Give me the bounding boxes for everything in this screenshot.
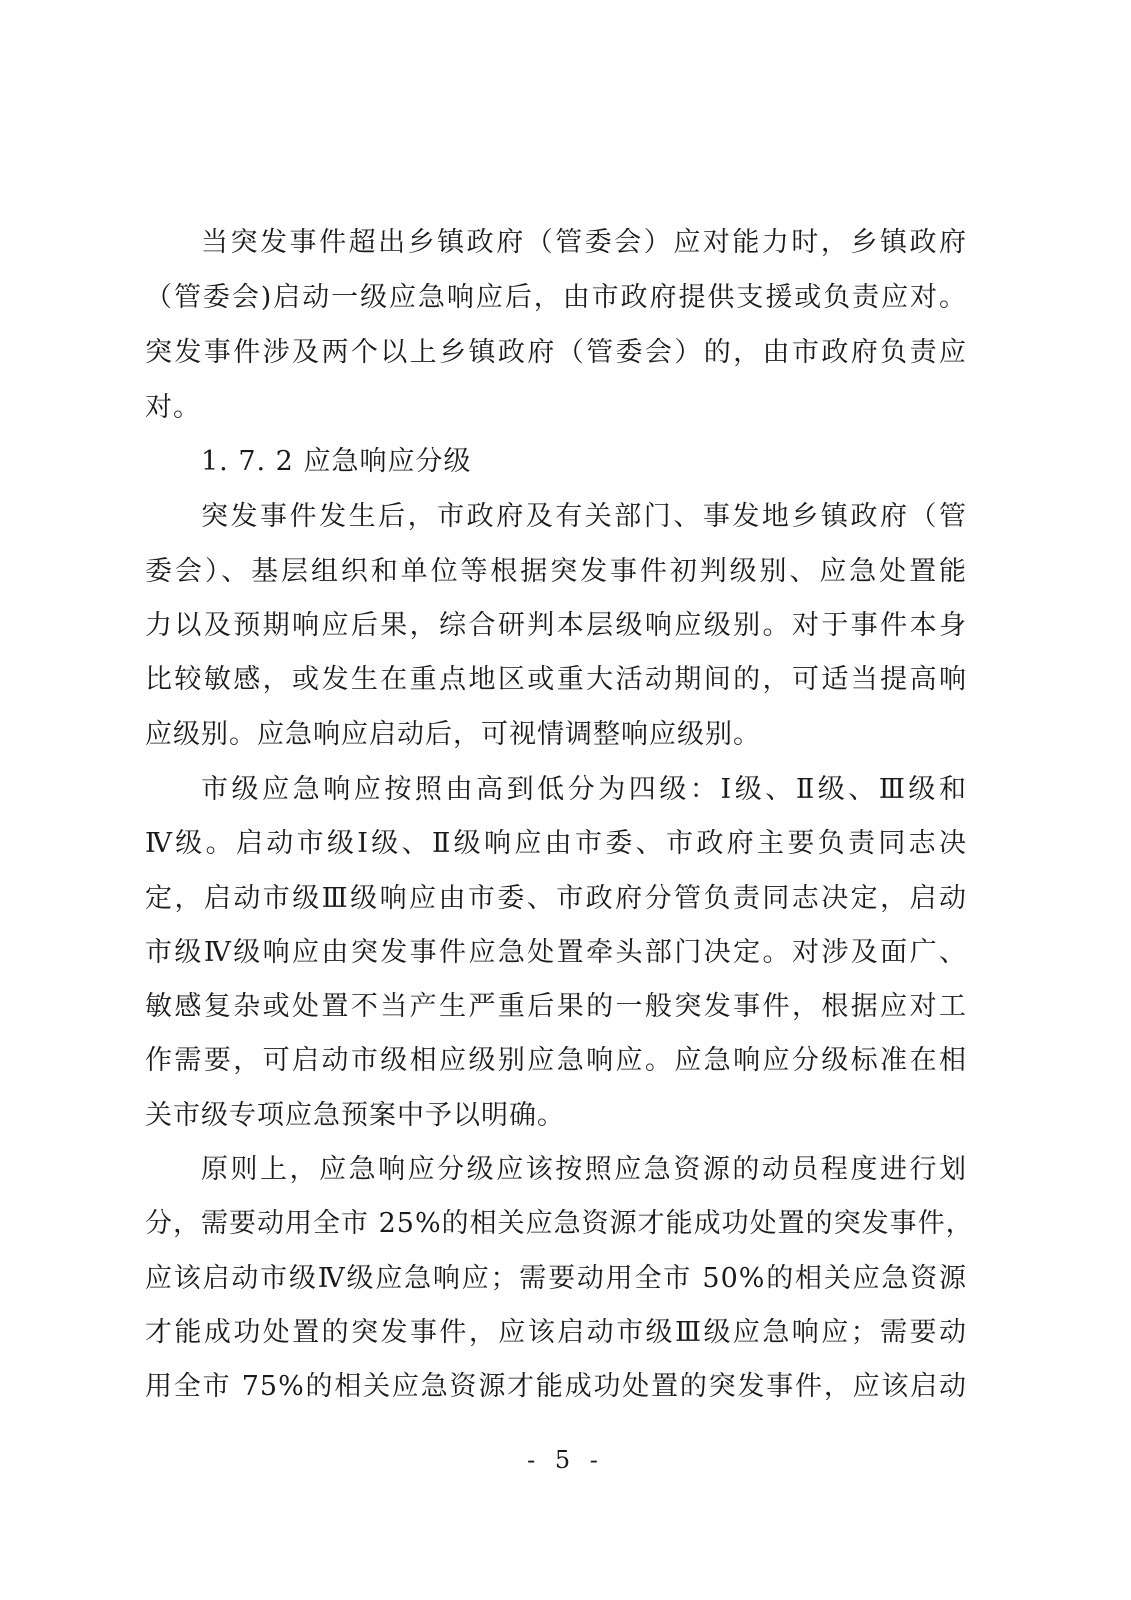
paragraph-4-line-1: 原则上，应急响应分级应该按照应急资源的动员程度进行划 — [201, 1150, 967, 1190]
paragraph-3-line-1: 市级应急响应按照由高到低分为四级：Ⅰ级、Ⅱ级、Ⅲ级和 — [201, 770, 967, 810]
paragraph-4-line-3: 应该启动市级Ⅳ级应急响应；需要动用全市 50%的相关应急资源 — [145, 1259, 967, 1299]
paragraph-3-line-3: 定，启动市级Ⅲ级响应由市委、市政府分管负责同志决定，启动 — [145, 879, 967, 919]
paragraph-4-line-2: 分，需要动用全市 25%的相关应急资源才能成功处置的突发事件， — [145, 1204, 967, 1244]
paragraph-2-line-5: 应级别。应急响应启动后，可视情调整响应级别。 — [145, 715, 967, 755]
document-page: 当突发事件超出乡镇政府（管委会）应对能力时，乡镇政府 （管委会)启动一级应急响应… — [0, 0, 1131, 1600]
paragraph-2-line-4: 比较敏感，或发生在重点地区或重大活动期间的，可适当提高响 — [145, 660, 967, 700]
paragraph-3-line-4: 市级Ⅳ级响应由突发事件应急处置牵头部门决定。对涉及面广、 — [145, 933, 967, 973]
paragraph-1-line-3: 突发事件涉及两个以上乡镇政府（管委会）的，由市政府负责应 — [145, 333, 967, 373]
paragraph-1-line-4: 对。 — [145, 388, 967, 428]
paragraph-4-line-5: 用全市 75%的相关应急资源才能成功处置的突发事件，应该启动 — [145, 1367, 967, 1407]
paragraph-2-line-3: 力以及预期响应后果，综合研判本层级响应级别。对于事件本身 — [145, 606, 967, 646]
paragraph-3-line-6: 作需要，可启动市级相应级别应急响应。应急响应分级标准在相 — [145, 1041, 967, 1081]
paragraph-3-line-7: 关市级专项应急预案中予以明确。 — [145, 1096, 967, 1136]
paragraph-2-line-2: 委会）、基层组织和单位等根据突发事件初判级别、应急处置能 — [145, 552, 967, 592]
paragraph-1-line-2: （管委会)启动一级应急响应后，由市政府提供支援或负责应对。 — [145, 278, 967, 318]
paragraph-3-line-5: 敏感复杂或处置不当产生严重后果的一般突发事件，根据应对工 — [145, 987, 967, 1027]
page-number: - 5 - — [0, 1442, 1131, 1478]
paragraph-4-line-4: 才能成功处置的突发事件，应该启动市级Ⅲ级应急响应；需要动 — [145, 1313, 967, 1353]
section-heading: 1. 7. 2 应急响应分级 — [201, 442, 471, 482]
paragraph-3-line-2: Ⅳ级。启动市级Ⅰ级、Ⅱ级响应由市委、市政府主要负责同志决 — [145, 824, 967, 864]
paragraph-2-line-1: 突发事件发生后，市政府及有关部门、事发地乡镇政府（管 — [201, 497, 967, 537]
paragraph-1-line-1: 当突发事件超出乡镇政府（管委会）应对能力时，乡镇政府 — [201, 223, 967, 263]
